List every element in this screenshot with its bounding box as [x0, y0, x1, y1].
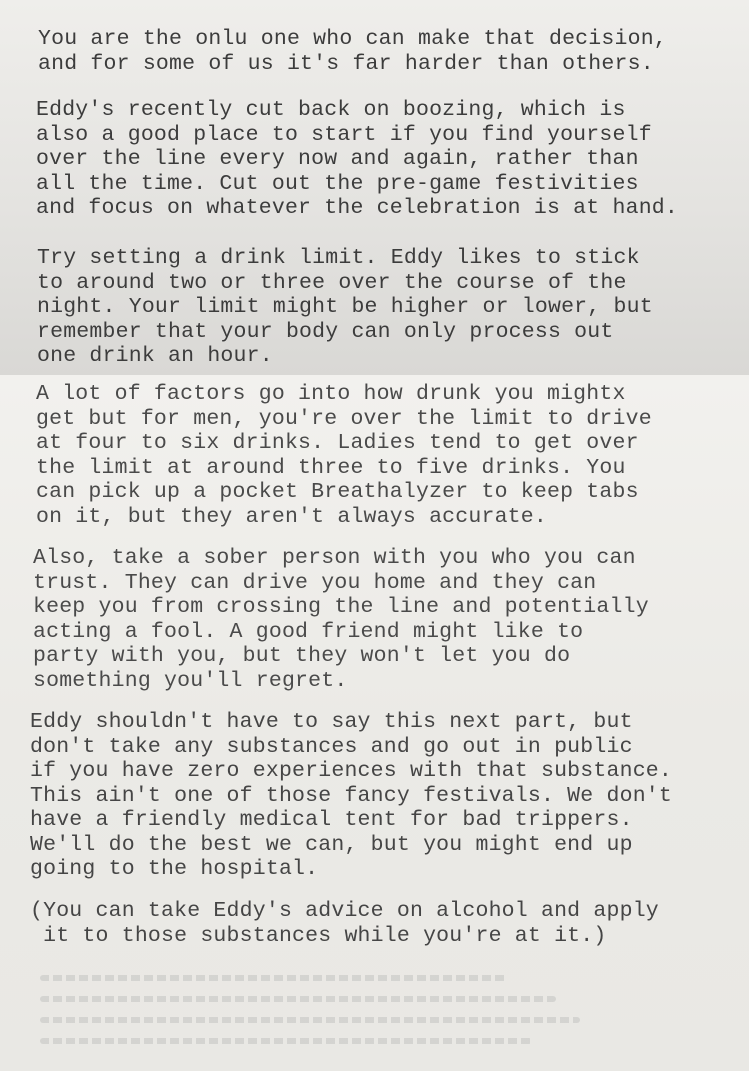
text-line: You are the onlu one who can make that d…: [38, 27, 667, 52]
text-line: something you'll regret.: [33, 669, 649, 694]
paragraph-substances: Eddy shouldn't have to say this next par…: [30, 710, 672, 882]
text-line: night. Your limit might be higher or low…: [37, 295, 653, 320]
text-line: if you have zero experiences with that s…: [30, 759, 672, 784]
text-line: keep you from crossing the line and pote…: [33, 595, 649, 620]
text-line: and focus on whatever the celebration is…: [36, 196, 678, 221]
text-line: get but for men, you're over the limit t…: [36, 407, 652, 432]
text-line: it to those substances while you're at i…: [30, 924, 659, 949]
text-line: trust. They can drive you home and they …: [33, 571, 649, 596]
text-line: acting a fool. A good friend might like …: [33, 620, 649, 645]
text-line: This ain't one of those fancy festivals.…: [30, 784, 672, 809]
text-line: at four to six drinks. Ladies tend to ge…: [36, 431, 652, 456]
text-line: going to the hospital.: [30, 857, 672, 882]
text-line: (You can take Eddy's advice on alcohol a…: [30, 899, 659, 924]
text-line: to around two or three over the course o…: [37, 271, 653, 296]
paragraph-factors: A lot of factors go into how drunk you m…: [36, 382, 652, 529]
text-line: the limit at around three to five drinks…: [36, 456, 652, 481]
text-line: all the time. Cut out the pre-game festi…: [36, 172, 678, 197]
paragraph-cut-back: Eddy's recently cut back on boozing, whi…: [36, 98, 678, 221]
text-line: remember that your body can only process…: [37, 320, 653, 345]
text-line: Also, take a sober person with you who y…: [33, 546, 649, 571]
text-line: over the line every now and again, rathe…: [36, 147, 678, 172]
text-line: one drink an hour.: [37, 344, 653, 369]
paragraph-parenthetical: (You can take Eddy's advice on alcohol a…: [30, 899, 659, 948]
text-line: Try setting a drink limit. Eddy likes to…: [37, 246, 653, 271]
text-line: don't take any substances and go out in …: [30, 735, 672, 760]
text-line: Eddy shouldn't have to say this next par…: [30, 710, 672, 735]
text-line: Eddy's recently cut back on boozing, whi…: [36, 98, 678, 123]
text-line: have a friendly medical tent for bad tri…: [30, 808, 672, 833]
text-line: party with you, but they won't let you d…: [33, 644, 649, 669]
text-line: can pick up a pocket Breathalyzer to kee…: [36, 480, 652, 505]
paragraph-decision: You are the onlu one who can make that d…: [38, 27, 667, 76]
paragraph-sober-person: Also, take a sober person with you who y…: [33, 546, 649, 693]
show-through-text: [40, 975, 640, 1065]
text-line: and for some of us it's far harder than …: [38, 52, 667, 77]
paragraph-drink-limit: Try setting a drink limit. Eddy likes to…: [37, 246, 653, 369]
text-line: A lot of factors go into how drunk you m…: [36, 382, 652, 407]
text-line: We'll do the best we can, but you might …: [30, 833, 672, 858]
text-line: on it, but they aren't always accurate.: [36, 505, 652, 530]
text-line: also a good place to start if you find y…: [36, 123, 678, 148]
